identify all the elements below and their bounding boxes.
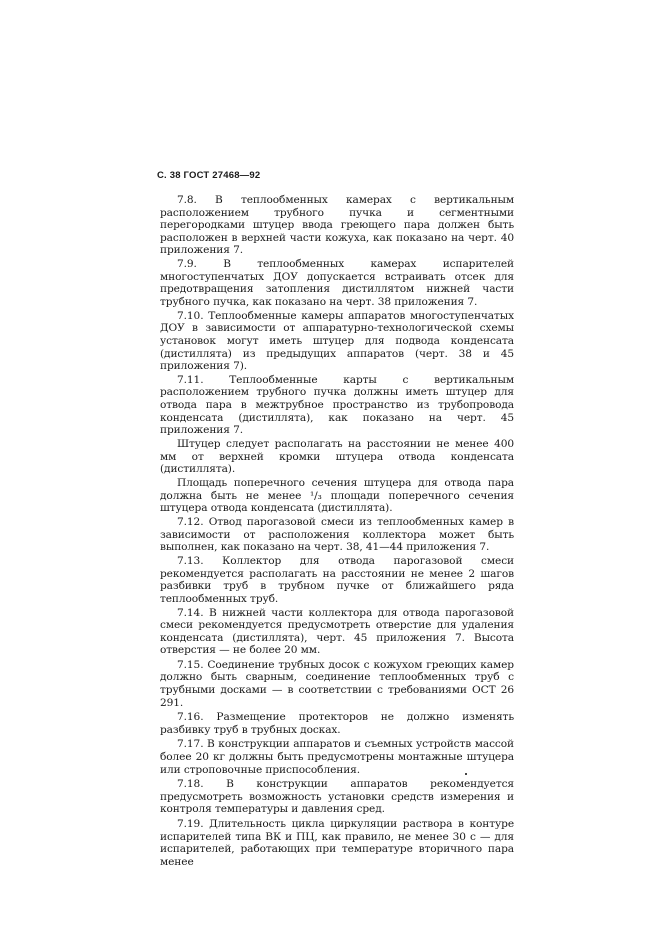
paragraph-7-19: 7.19. Длительность цикла циркуляции раст… <box>160 818 514 868</box>
document-page: С. 38 ГОСТ 27468—92 7.8. В теплообменных… <box>160 170 514 870</box>
paragraph-7-13: 7.13. Коллектор для отвода парогазовой с… <box>160 555 514 605</box>
paragraph-7-18: 7.18. В конструкции аппаратов рекомендуе… <box>160 778 514 816</box>
paragraph-7-10: 7.10. Теплообменные камеры аппаратов мно… <box>160 310 514 373</box>
paragraph-7-11: 7.11. Теплообменные карты с вертикальным… <box>160 374 514 437</box>
paragraph-7-16: 7.16. Размещение протекторов не должно и… <box>160 711 514 736</box>
paragraph-7-11-fitting: Штуцер следует располагать на расстоянии… <box>160 438 514 476</box>
scan-speck <box>465 773 467 775</box>
paragraph-7-9: 7.9. В теплообменных камерах испарителей… <box>160 258 514 308</box>
paragraph-7-17: 7.17. В конструкции аппаратов и съемных … <box>160 738 514 776</box>
paragraph-7-8: 7.8. В теплообменных камерах с вертикаль… <box>160 194 514 257</box>
paragraph-7-14: 7.14. В нижней части коллектора для отво… <box>160 607 514 657</box>
paragraph-7-11-area: Площадь поперечного сечения штуцера для … <box>160 477 514 515</box>
paragraph-7-12: 7.12. Отвод парогазовой смеси из теплооб… <box>160 516 514 554</box>
page-header: С. 38 ГОСТ 27468—92 <box>157 170 514 182</box>
paragraph-7-15: 7.15. Соединение трубных досок с кожухом… <box>160 659 514 709</box>
